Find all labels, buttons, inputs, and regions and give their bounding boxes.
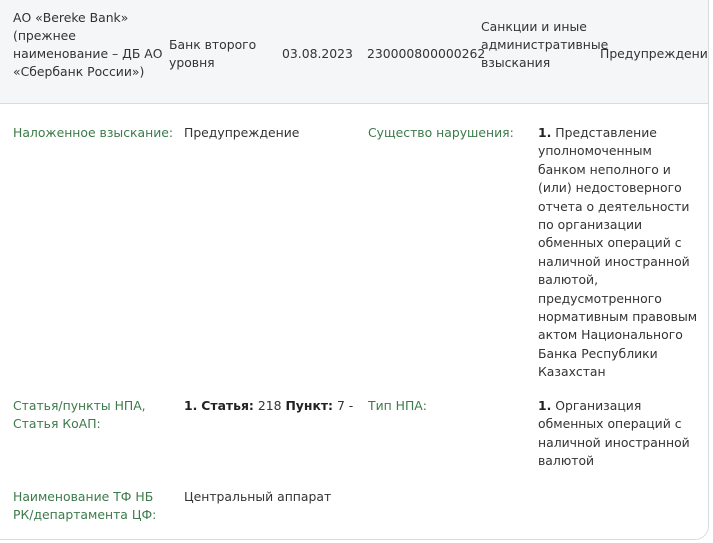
article-value: 218 [258, 398, 282, 413]
violation-label: Существо нарушения: [368, 124, 533, 142]
measure-category: Санкции и иные административные взыскани… [481, 18, 611, 72]
point-value: 7 - [337, 398, 353, 413]
department-value: Центральный аппарат [184, 488, 354, 506]
violation-index: 1. [538, 125, 551, 140]
penalty-kind: Предупреждение [600, 45, 709, 63]
violation-text: Представление уполномоченным банком непо… [538, 125, 697, 379]
npa-type-value: 1. Организация обменных операций с налич… [538, 397, 703, 471]
npa-type-index: 1. [538, 398, 551, 413]
npa-type-label: Тип НПА: [368, 397, 533, 415]
violation-value: 1. Представление уполномоченным банком н… [538, 124, 703, 382]
sanction-record-card: АО «Bereke Bank» (прежнее наименование –… [0, 0, 709, 540]
articles-value: 1. Статья: 218 Пункт: 7 - [184, 397, 354, 415]
imposed-penalty-label: Наложенное взыскание: [13, 124, 183, 142]
department-label: Наименование ТФ НБ РК/департамента ЦФ: [13, 488, 171, 525]
decision-number: 230000800000262 [367, 45, 485, 63]
organization-type: Банк второго уровня [169, 36, 269, 72]
npa-type-text: Организация обменных операций с наличной… [538, 398, 690, 468]
imposed-penalty-value: Предупреждение [184, 124, 354, 142]
articles-index: 1. [184, 398, 197, 413]
article-label: Статья [201, 398, 249, 413]
organization-name: АО «Bereke Bank» (прежнее наименование –… [13, 9, 163, 81]
articles-label: Статья/пункты НПА, Статья КоАП: [13, 397, 163, 434]
summary-row[interactable]: АО «Bereke Bank» (прежнее наименование –… [0, 0, 708, 104]
point-label: Пункт [285, 398, 328, 413]
decision-date: 03.08.2023 [282, 45, 353, 63]
